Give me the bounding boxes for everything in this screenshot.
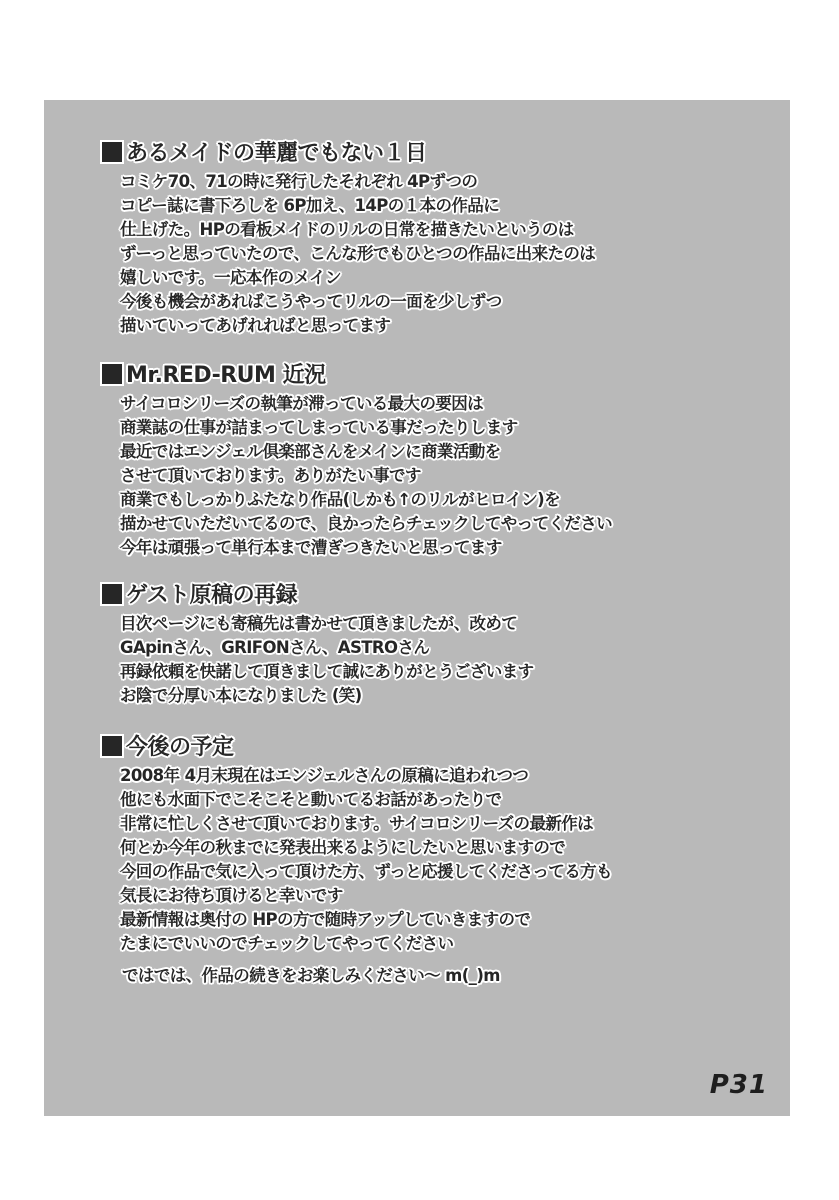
square-bullet-icon <box>102 736 122 756</box>
body-line: コピー誌に書下ろしを 6P加え、14Pの１本の作品に <box>120 194 595 218</box>
body-line: サイコロシリーズの執筆が滞っている最大の要因は <box>120 392 612 416</box>
body-line: 目次ページにも寄稿先は書かせて頂きましたが、改めて <box>120 612 533 636</box>
section-red-rum-news: Mr.RED-RUM 近況 サイコロシリーズの執筆が滞っている最大の要因は 商業… <box>102 362 612 560</box>
body-line: 描いていってあげれればと思ってます <box>120 314 595 338</box>
section-maid-day: あるメイドの華麗でもない１日 コミケ70、71の時に発行したそれぞれ 4Pずつの… <box>102 140 595 338</box>
square-bullet-icon <box>102 584 122 604</box>
body-line: 今後も機会があればこうやってリルの一面を少しずつ <box>120 290 595 314</box>
heading-text: あるメイドの華麗でもない１日 <box>126 141 427 166</box>
body-line: 今年は頑張って単行本まで漕ぎつきたいと思ってます <box>120 536 612 560</box>
body-line: 何とか今年の秋までに発表出来るようにしたいと思いますので <box>120 836 612 860</box>
square-bullet-icon <box>102 364 122 384</box>
body-line: 気長にお待ち頂けると幸いです <box>120 884 612 908</box>
body-line: 嬉しいです。一応本作のメイン <box>120 266 595 290</box>
closing-line: ではでは、作品の続きをお楽しみください～ m(_)m <box>122 964 500 988</box>
heading-text: Mr.RED-RUM 近況 <box>126 363 326 388</box>
section-heading: ゲスト原稿の再録 <box>102 582 533 610</box>
section-heading: Mr.RED-RUM 近況 <box>102 362 612 390</box>
heading-text: 今後の予定 <box>126 735 234 760</box>
section-heading: あるメイドの華麗でもない１日 <box>102 140 595 168</box>
section-future-plans: 今後の予定 2008年 4月末現在はエンジェルさんの原稿に追われつつ 他にも水面… <box>102 734 612 956</box>
body-line: 非常に忙しくさせて頂いております。サイコロシリーズの最新作は <box>120 812 612 836</box>
body-line: 最近ではエンジェル倶楽部さんをメインに商業活動を <box>120 440 612 464</box>
heading-text: ゲスト原稿の再録 <box>126 583 297 608</box>
body-line: 再録依頼を快諾して頂きまして誠にありがとうございます <box>120 660 533 684</box>
body-line: 描かせていただいてるので、良かったらチェックしてやってください <box>120 512 612 536</box>
square-bullet-icon <box>102 142 122 162</box>
body-line: コミケ70、71の時に発行したそれぞれ 4Pずつの <box>120 170 595 194</box>
body-line: 今回の作品で気に入って頂けた方、ずっと応援してくださってる方も <box>120 860 612 884</box>
body-line: 仕上げた。HPの看板メイドのリルの日常を描きたいというのは <box>120 218 595 242</box>
page-panel: あるメイドの華麗でもない１日 コミケ70、71の時に発行したそれぞれ 4Pずつの… <box>44 100 790 1116</box>
page-number: P31 <box>710 1070 768 1100</box>
body-line: 2008年 4月末現在はエンジェルさんの原稿に追われつつ <box>120 764 612 788</box>
body-line: ずーっと思っていたので、こんな形でもひとつの作品に出来たのは <box>120 242 595 266</box>
body-line: させて頂いております。ありがたい事です <box>120 464 612 488</box>
body-line: 最新情報は奥付の HPの方で随時アップしていきますので <box>120 908 612 932</box>
body-line: お陰で分厚い本になりました (笑) <box>120 684 533 708</box>
body-line: 商業誌の仕事が詰まってしまっている事だったりします <box>120 416 612 440</box>
body-line: たまにでいいのでチェックしてやってください <box>120 932 612 956</box>
body-line: 他にも水面下でこそこそと動いてるお話があったりで <box>120 788 612 812</box>
section-guest-reprint: ゲスト原稿の再録 目次ページにも寄稿先は書かせて頂きましたが、改めて GApin… <box>102 582 533 708</box>
section-heading: 今後の予定 <box>102 734 612 762</box>
body-line: 商業でもしっかりふたなり作品(しかも↑のリルがヒロイン)を <box>120 488 612 512</box>
body-line: GApinさん、GRIFONさん、ASTROさん <box>120 636 533 660</box>
